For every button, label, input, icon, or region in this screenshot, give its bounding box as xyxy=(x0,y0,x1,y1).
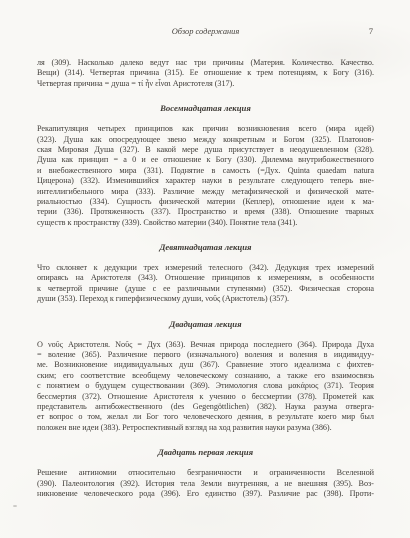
lecture-heading: Восемнадцатая лекция xyxy=(37,103,374,114)
lecture-heading: Двадцатая лекция xyxy=(37,319,374,330)
text-line: ме.Возникновениеиндивидуальныхдуш(367).С… xyxy=(37,360,374,370)
running-head: Обзор содержания xyxy=(172,27,240,36)
text-line: спонятиемобудущемсуществовании(369).Этим… xyxy=(37,381,374,391)
toc-sections: ля(309).Насколькодалековедутнастрипричин… xyxy=(37,58,374,499)
toc-paragraph: Решениеантиномииотносительнобезграничнос… xyxy=(37,468,374,499)
text-line: положенвнеидеи(383).Ретроспективныйвзгля… xyxy=(37,423,374,433)
page-content: Обзор содержания 7 ля(309).Насколькодале… xyxy=(37,0,374,499)
text-line: бессмертия(372).ОтношениеАристотелякучен… xyxy=(37,392,374,402)
text-line: никновениечеловеческогорода(396).Егоедин… xyxy=(37,489,374,499)
text-line: (390).Палеонтология(392).ИсториятелаЗемл… xyxy=(37,479,374,489)
text-line: (323).Душакакопосредующеезвеномеждуконкр… xyxy=(37,135,374,145)
text-line: кчетвертойпричине(душесееразличнымиступе… xyxy=(37,284,374,294)
text-line: души(353).Переходкгиперфизическомудуши,ν… xyxy=(37,294,374,304)
text-line: Чтосклоняеткдедукциитрехизмеренийтелесно… xyxy=(37,263,374,273)
text-line: терии(336).Протяженность(337).Пространст… xyxy=(37,207,374,217)
toc-paragraph: ля(309).Насколькодалековедутнастрипричин… xyxy=(37,58,374,89)
text-line: существкпространству(339).Свойствоматери… xyxy=(37,218,374,228)
book-page: Обзор содержания 7 ля(309).Насколькодале… xyxy=(0,0,410,538)
text-line: Цицерона)(332).Изменившийсяхарактернауки… xyxy=(37,176,374,186)
text-line: представительантибожественного(desGegeng… xyxy=(37,402,374,412)
text-line: ля(309).Насколькодалековедутнастрипричин… xyxy=(37,58,374,68)
text-line: Душакакпринцип=а0иееотношениекБогу(330).… xyxy=(37,155,374,165)
text-line: ОνοῦςАристотеля.Νοῦς=Дух(363).Вечнаяприр… xyxy=(37,340,374,350)
text-line: опираясьнаАристотеля(343).Отношениепринц… xyxy=(37,273,374,283)
text-line: интеллигибельногомира(333).Различиемежду… xyxy=(37,187,374,197)
text-line: етвопросотом,желаллиБогтогочеловеческого… xyxy=(37,412,374,422)
text-line: риальностью(334).Сущностьфизическойматер… xyxy=(37,197,374,207)
lecture-heading: Девятнадцатая лекция xyxy=(37,242,374,253)
toc-paragraph: Рекапитуляциячетырехпринциповкакпричинво… xyxy=(37,124,374,228)
page-header: Обзор содержания 7 xyxy=(37,26,374,37)
text-line: Решениеантиномииотносительнобезграничнос… xyxy=(37,468,374,478)
text-line: Четвертаяпричина=душа=τίἦνεἶναιАристотел… xyxy=(37,79,374,89)
text-line: ским;егосоответствиевсеобщемучеловеческо… xyxy=(37,371,374,381)
text-line: Вещи)(314).Четвертаяпричина(315).Ееотнош… xyxy=(37,68,374,78)
text-line: =воление(365).Различениепервого(изначаль… xyxy=(37,350,374,360)
toc-paragraph: ОνοῦςАристотеля.Νοῦς=Дух(363).Вечнаяприр… xyxy=(37,340,374,434)
page-number: 7 xyxy=(369,26,373,37)
scan-artifact xyxy=(13,505,17,507)
text-line: ивнебожественногомира(331).Поднятиевсамо… xyxy=(37,166,374,176)
toc-paragraph: Чтосклоняеткдедукциитрехизмеренийтелесно… xyxy=(37,263,374,305)
lecture-heading: Двадцать первая лекция xyxy=(37,447,374,458)
text-line: скаяМироваяДуша(327).Вкакоймередушапрису… xyxy=(37,145,374,155)
text-line: Рекапитуляциячетырехпринциповкакпричинво… xyxy=(37,124,374,134)
